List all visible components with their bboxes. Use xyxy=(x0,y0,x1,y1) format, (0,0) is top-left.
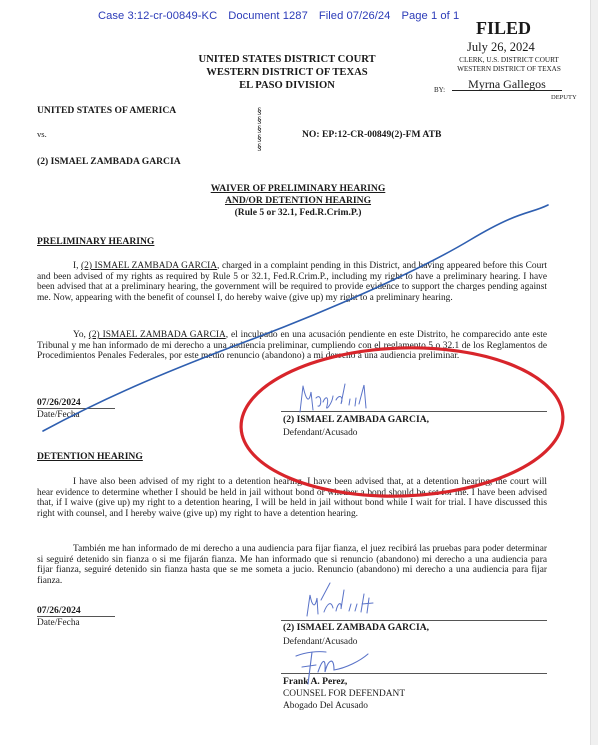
preliminary-signer-name: (2) ISMAEL ZAMBADA GARCIA, xyxy=(283,414,429,425)
defendant-name: (2) ISMAEL ZAMBADA GARCIA xyxy=(37,156,181,167)
page-indicator: Page 1 of 1 xyxy=(401,10,459,22)
detention-signer-name: (2) ISMAEL ZAMBADA GARCIA, xyxy=(283,622,429,633)
defendant-signature-line-2 xyxy=(281,620,547,621)
clerk-line-2: WESTERN DISTRICT OF TEXAS xyxy=(446,65,572,74)
detention-signer-role: Defendant/Acusado xyxy=(283,636,357,648)
deputy-name: Myrna Gallegos xyxy=(452,78,562,91)
title-rule-citation: (Rule 5 or 32.1, Fed.R.Crim.P.) xyxy=(98,207,498,219)
detention-hearing-heading: DETENTION HEARING xyxy=(37,451,143,462)
counsel-signature-line xyxy=(281,673,547,674)
preliminary-date-label: Date/Fecha xyxy=(37,410,80,420)
page-edge-border xyxy=(590,0,598,745)
detention-spanish-paragraph: También me han informado de mi derecho a… xyxy=(37,544,547,586)
section-symbols: § § § § § xyxy=(257,107,262,152)
defendant-signature-2 xyxy=(307,583,373,616)
court-division: EL PASO DIVISION xyxy=(137,79,437,92)
court-document-page: Case 3:12-cr-00849-KCDocument 1287Filed … xyxy=(0,0,598,745)
versus-label: vs. xyxy=(37,129,47,139)
court-name: UNITED STATES DISTRICT COURT xyxy=(137,53,437,66)
counsel-title-spanish: Abogado Del Acusado xyxy=(283,700,368,712)
case-number: NO: EP:12-CR-00849(2)-FM ATB xyxy=(302,129,441,140)
preliminary-date: 07/26/2024 xyxy=(37,397,115,409)
court-district: WESTERN DISTRICT OF TEXAS xyxy=(137,66,437,79)
detention-date: 07/26/2024 xyxy=(37,605,115,617)
preliminary-spanish-paragraph: Yo, (2) ISMAEL ZAMBADA GARCIA, el inculp… xyxy=(37,330,547,362)
defendant-name-inline: (2) ISMAEL ZAMBADA GARCIA xyxy=(89,330,226,340)
deputy-label: DEPUTY xyxy=(551,94,577,101)
document-number: Document 1287 xyxy=(228,10,308,22)
para-body: I have also been advised of my right to … xyxy=(37,477,547,519)
plaintiff-name: UNITED STATES OF AMERICA xyxy=(37,105,176,116)
counsel-name: Frank A. Perez, xyxy=(283,676,347,687)
filed-stamp-title: FILED xyxy=(476,18,531,39)
filed-date-header: Filed 07/26/24 xyxy=(319,10,391,22)
defendant-name-inline: (2) ISMAEL ZAMBADA GARCIA xyxy=(81,261,217,271)
title-line-1: WAIVER OF PRELIMINARY HEARING xyxy=(98,183,498,195)
ecf-header: Case 3:12-cr-00849-KCDocument 1287Filed … xyxy=(98,10,459,22)
para-body: También me han informado de mi derecho a… xyxy=(37,544,547,586)
section-symbol: § xyxy=(257,143,262,152)
court-heading: UNITED STATES DISTRICT COURT WESTERN DIS… xyxy=(137,53,437,92)
defendant-signature-1 xyxy=(300,384,366,412)
preliminary-english-paragraph: I, (2) ISMAEL ZAMBADA GARCIA, charged in… xyxy=(37,261,547,303)
filed-stamp-clerk: CLERK, U.S. DISTRICT COURT WESTERN DISTR… xyxy=(446,56,572,74)
preliminary-signer-role: Defendant/Acusado xyxy=(283,427,357,439)
counsel-title: COUNSEL FOR DEFENDANT xyxy=(283,688,405,700)
para-lead: Yo, xyxy=(73,330,89,340)
detention-date-label: Date/Fecha xyxy=(37,618,80,628)
clerk-line-1: CLERK, U.S. DISTRICT COURT xyxy=(446,56,572,65)
preliminary-hearing-heading: PRELIMINARY HEARING xyxy=(37,236,154,247)
filed-stamp-date: July 26, 2024 xyxy=(467,40,535,55)
document-title: WAIVER OF PRELIMINARY HEARING AND/OR DET… xyxy=(98,183,498,219)
para-lead: I, xyxy=(73,261,81,271)
case-number-header: Case 3:12-cr-00849-KC xyxy=(98,10,217,22)
defendant-signature-line-1 xyxy=(281,411,547,412)
title-line-2: AND/OR DETENTION HEARING xyxy=(98,195,498,207)
detention-english-paragraph: I have also been advised of my right to … xyxy=(37,477,547,519)
